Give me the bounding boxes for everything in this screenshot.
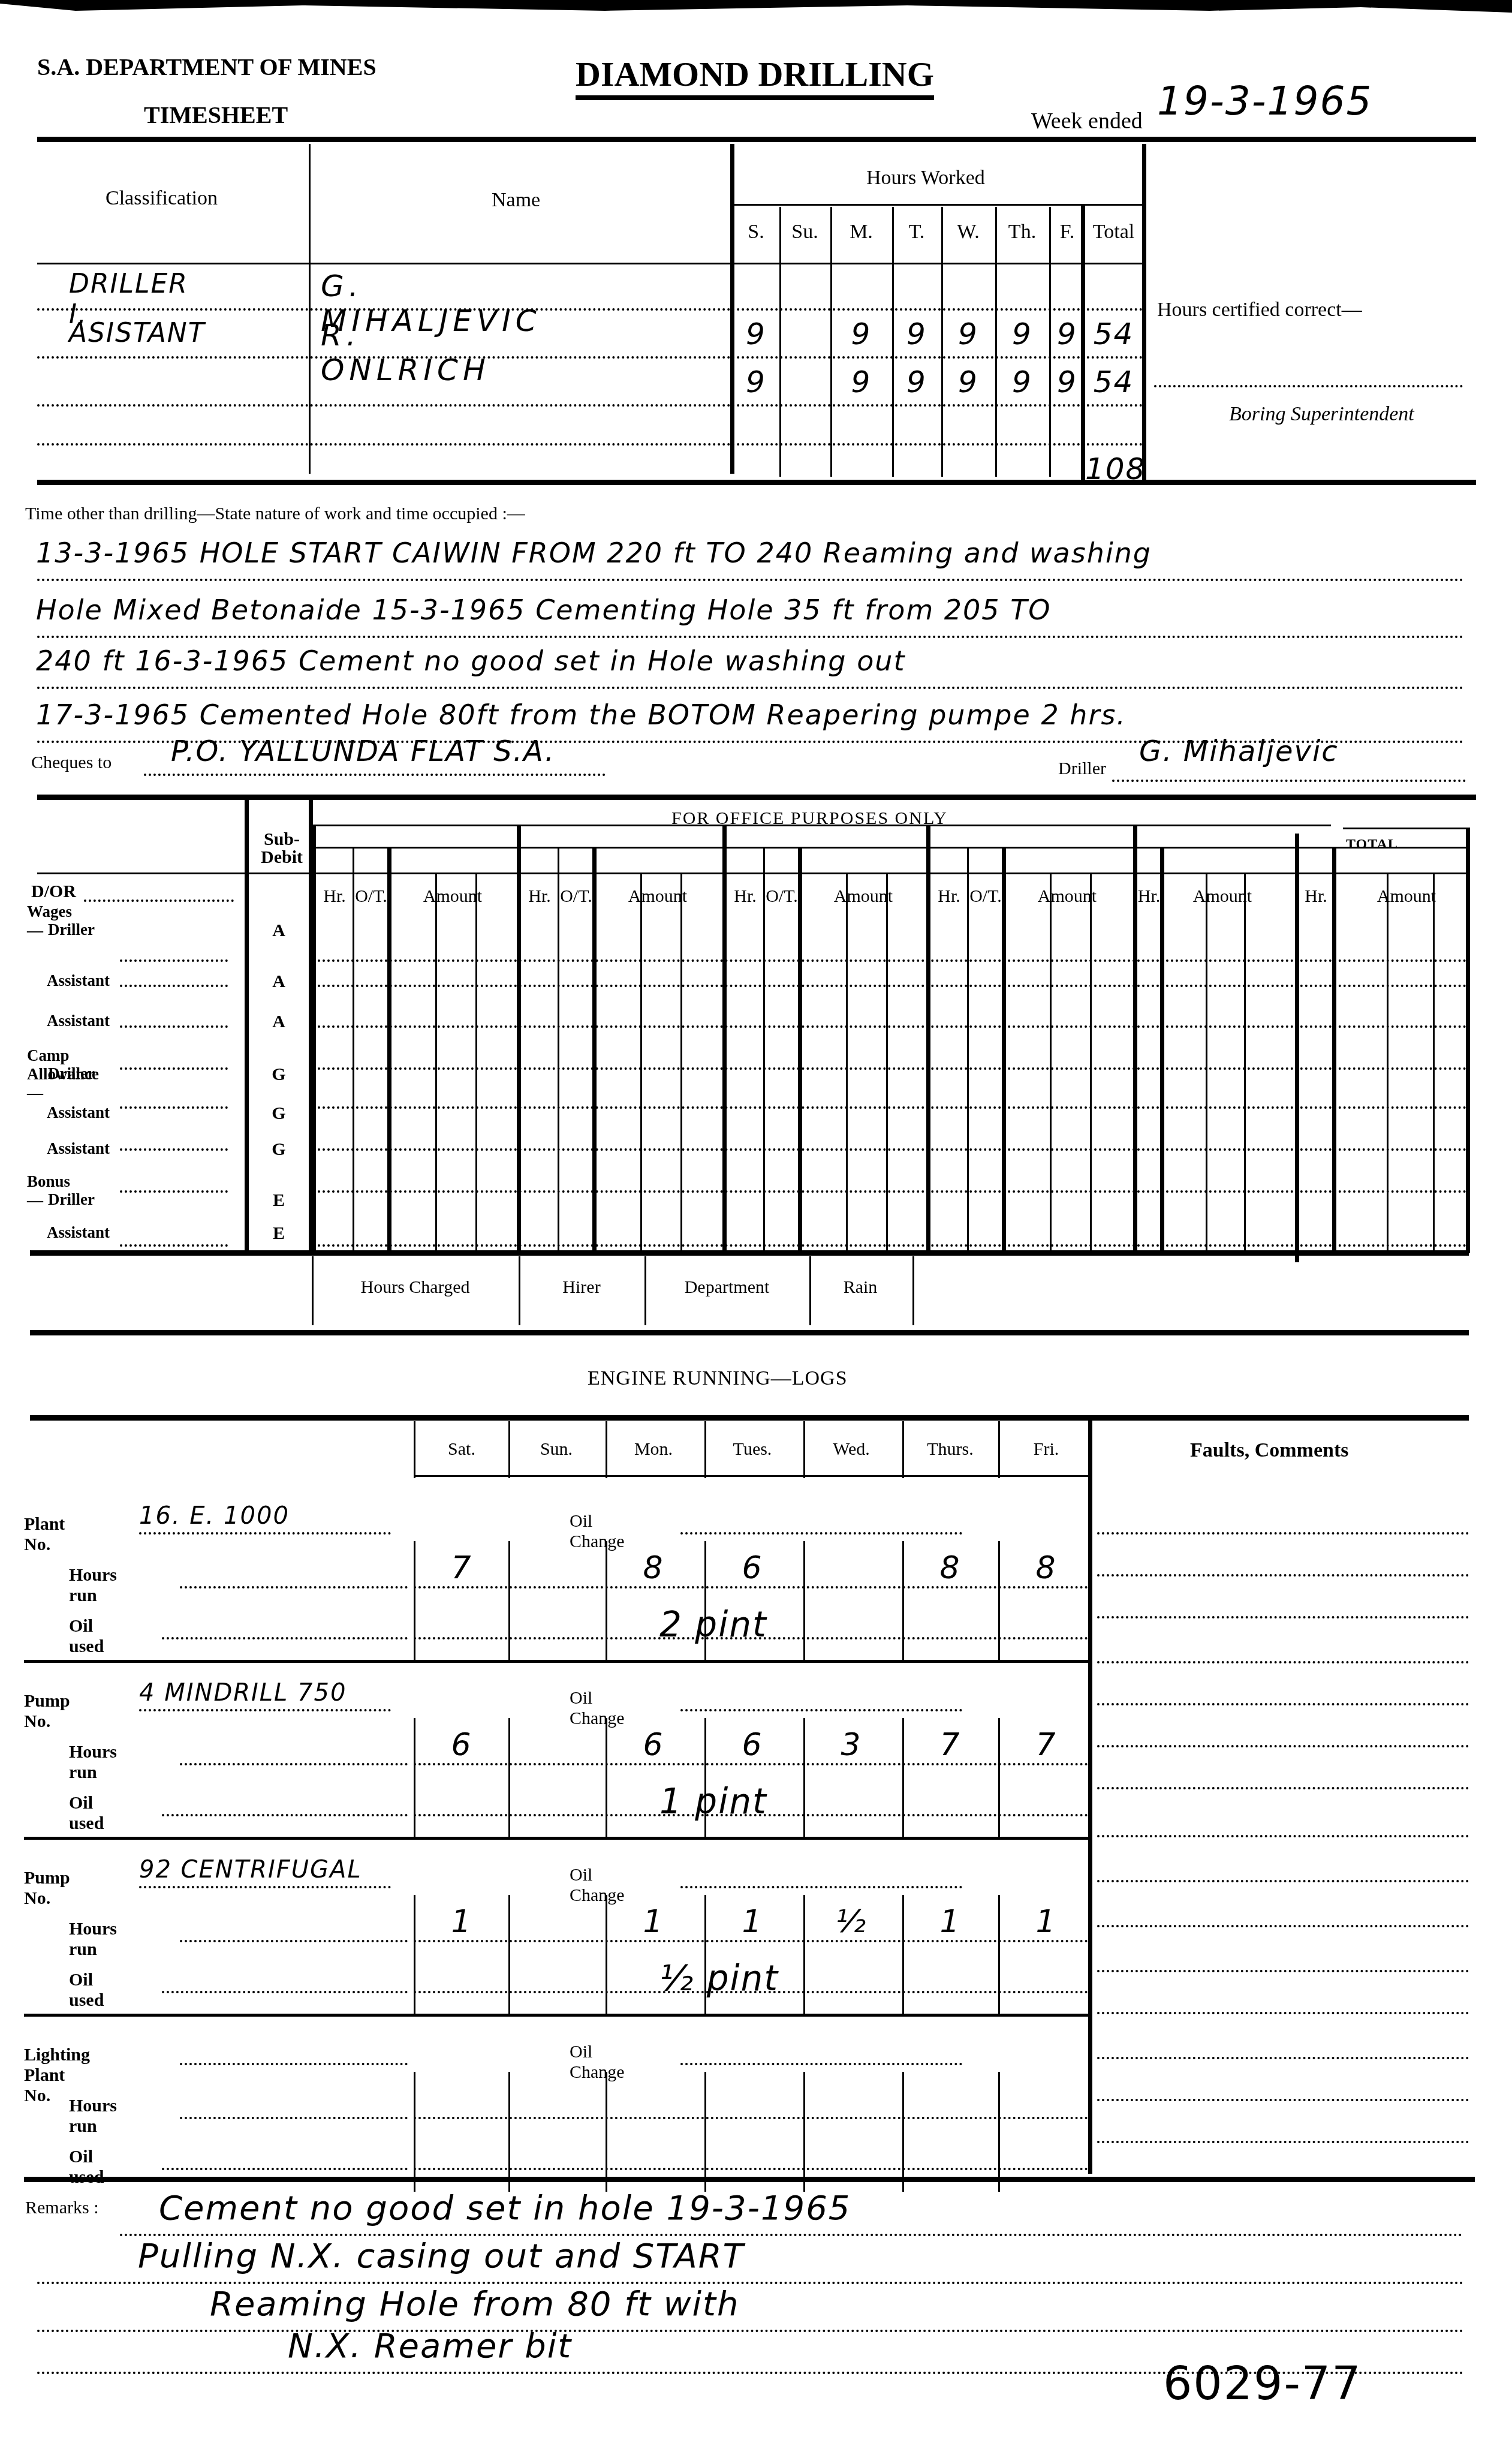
oil-change-label: Oil Change: [570, 1511, 625, 1552]
hours-cell[interactable]: 9: [1049, 317, 1085, 351]
hours-cell[interactable]: 9: [995, 317, 1049, 351]
office-row-role: Assistant: [47, 1139, 110, 1158]
hr-header: Hr.: [1297, 886, 1335, 907]
oil-change-label: Oil Change: [570, 1865, 625, 1906]
department-heading: S.A. DEPARTMENT OF MINES: [37, 53, 377, 81]
hr-header: Hr.: [314, 886, 355, 907]
amount-header: Amount: [595, 886, 721, 907]
divider: [37, 795, 1476, 800]
oil-used-label: Oil used: [69, 1793, 104, 1834]
hours-cell[interactable]: 9: [995, 365, 1049, 399]
hours-run-cell[interactable]: 7: [998, 1727, 1094, 1763]
hours-run-cell[interactable]: 1: [704, 1904, 800, 1940]
office-row-role: Driller: [48, 1064, 95, 1083]
day-header: T.: [892, 221, 941, 243]
hours-cell[interactable]: 54: [1085, 317, 1142, 351]
oil-change-label: Oil Change: [570, 1688, 625, 1729]
hours-worked-header: Hours Worked: [866, 167, 985, 189]
oil-used-label: Oil used: [69, 1970, 104, 2011]
hours-run-label: Hours run: [69, 1742, 117, 1783]
hours-run-cell[interactable]: 8: [998, 1550, 1094, 1586]
other-time-line[interactable]: 17-3-1965 Cemented Hole 80ft from the BO…: [36, 699, 1127, 731]
week-ended-label: Week ended: [1031, 108, 1143, 134]
day-header: Su.: [779, 221, 830, 243]
oil-change-label: Oil Change: [570, 2042, 625, 2083]
subdebit-code: G: [267, 1139, 291, 1160]
subdebit-code: A: [267, 971, 291, 992]
divider: [37, 137, 1476, 142]
hours-run-label: Hours run: [69, 2096, 117, 2137]
driller-label: Driller: [1058, 759, 1106, 779]
divider: [37, 480, 1476, 485]
hours-run-cell[interactable]: 7: [414, 1550, 510, 1586]
engine-day-header: Tues.: [704, 1439, 800, 1460]
hours-cell[interactable]: 9: [892, 317, 941, 351]
remarks-label: Remarks :: [25, 2198, 98, 2218]
oil-change-field[interactable]: [680, 1886, 962, 1888]
office-footer-label: Hirer: [519, 1277, 644, 1298]
oil-change-field[interactable]: [680, 1709, 962, 1711]
day-header: F.: [1049, 221, 1085, 243]
week-ended-value: 19-3-1965: [1157, 78, 1373, 124]
unit-label: Pump No.: [24, 1868, 70, 1909]
hours-run-cell[interactable]: 8: [606, 1550, 701, 1586]
office-footer-label: Department: [644, 1277, 809, 1298]
hours-run-cell[interactable]: 8: [902, 1550, 998, 1586]
hours-run-cell[interactable]: 1: [414, 1904, 510, 1940]
office-row-role: Driller: [48, 1190, 95, 1209]
remarks-line[interactable]: Reaming Hole from 80 ft with: [210, 2285, 740, 2324]
amount-header: Amount: [1162, 886, 1282, 907]
remarks-line[interactable]: N.X. Reamer bit: [288, 2327, 572, 2366]
subdebit-code: A: [267, 1012, 291, 1032]
ot-header: O/T.: [764, 886, 799, 907]
engine-day-header: Fri.: [998, 1439, 1094, 1460]
hours-cell[interactable]: 9: [830, 365, 892, 399]
subdebit-code: G: [267, 1064, 291, 1085]
hours-run-cell[interactable]: 6: [704, 1727, 800, 1763]
hr-header: Hr.: [929, 886, 969, 907]
name-header: Name: [492, 189, 540, 212]
oil-used-label: Oil used: [69, 1616, 104, 1657]
subdebit-code: E: [267, 1223, 291, 1244]
other-time-line[interactable]: Hole Mixed Betonaide 15-3-1965 Cementing…: [36, 594, 1052, 626]
superintendent-signature-line[interactable]: [1154, 385, 1463, 387]
classification-header: Classification: [106, 187, 218, 210]
hours-run-cell[interactable]: ½: [803, 1904, 899, 1940]
hours-run-cell[interactable]: 6: [414, 1727, 510, 1763]
day-header: Total: [1085, 221, 1142, 243]
oil-used-value[interactable]: 1 pint: [659, 1781, 767, 1822]
hours-cell[interactable]: 54: [1085, 365, 1142, 399]
hours-run-cell[interactable]: 1: [606, 1904, 701, 1940]
engine-title: ENGINE RUNNING—LOGS: [588, 1367, 848, 1390]
boring-superintendent-label: Boring Superintendent: [1229, 403, 1414, 426]
day-header: Th.: [995, 221, 1049, 243]
page-title: DIAMOND DRILLING: [576, 54, 934, 100]
hours-cell[interactable]: 9: [941, 365, 995, 399]
unit-number[interactable]: 4 MINDRILL 750: [139, 1679, 347, 1707]
total-label: TOTAL: [1346, 837, 1398, 853]
office-row-role: Assistant: [47, 1103, 110, 1122]
other-time-line[interactable]: 240 ft 16-3-1965 Cement no good set in H…: [36, 645, 905, 677]
amount-header: Amount: [1004, 886, 1130, 907]
other-time-line[interactable]: 13-3-1965 HOLE START CAIWIN FROM 220 ft …: [36, 537, 1152, 569]
subdebit-code: E: [267, 1190, 291, 1211]
office-row-role: Driller: [48, 920, 95, 939]
hr-header: Hr.: [1135, 886, 1162, 907]
faults-comments-label: Faults, Comments: [1190, 1439, 1348, 1462]
hours-run-cell[interactable]: 1: [902, 1904, 998, 1940]
amount-header: Amount: [390, 886, 516, 907]
cheques-to-label: Cheques to: [31, 753, 112, 773]
divider: [30, 1330, 1469, 1335]
subdebit-code: A: [267, 920, 291, 941]
engine-day-header: Sat.: [414, 1439, 510, 1460]
classification-cell[interactable]: ASISTANT: [69, 318, 206, 348]
hr-header: Hr.: [519, 886, 560, 907]
amount-header: Amount: [1335, 886, 1478, 907]
office-footer-label: Rain: [809, 1277, 911, 1298]
oil-change-field[interactable]: [680, 2063, 962, 2065]
divider: [24, 2177, 1475, 2182]
hours-cell[interactable]: 9: [830, 317, 892, 351]
oil-change-field[interactable]: [680, 1532, 962, 1535]
remarks-line[interactable]: Pulling N.X. casing out and START: [138, 2237, 745, 2276]
other-time-label: Time other than drilling—State nature of…: [25, 504, 525, 524]
engine-day-header: Sun.: [508, 1439, 604, 1460]
hr-header: Hr.: [725, 886, 766, 907]
oil-used-value[interactable]: 2 pint: [659, 1604, 767, 1645]
hours-run-label: Hours run: [69, 1565, 117, 1606]
subdebit-code: G: [267, 1103, 291, 1124]
unit-label: Plant No.: [24, 1514, 65, 1555]
hours-cell[interactable]: 9: [733, 317, 779, 351]
day-header: S.: [733, 221, 779, 243]
hours-cell[interactable]: 9: [1049, 365, 1085, 399]
ot-header: O/T.: [354, 886, 388, 907]
form-type: TIMESHEET: [144, 101, 288, 129]
hours-run-label: Hours run: [69, 1919, 117, 1960]
name-cell[interactable]: R. ONLRICH: [321, 318, 490, 387]
subdebit-label: Sub-Debit: [252, 831, 312, 867]
unit-number[interactable]: 16. E. 1000: [139, 1502, 290, 1530]
unit-label: Pump No.: [24, 1691, 70, 1732]
amount-header: Amount: [800, 886, 926, 907]
document-number: 6029-77: [1163, 2357, 1362, 2410]
hours-run-cell[interactable]: 7: [902, 1727, 998, 1763]
office-footer-label: Hours Charged: [312, 1277, 519, 1298]
torn-top-edge: [0, 0, 1512, 18]
engine-day-header: Wed.: [803, 1439, 899, 1460]
dor-label: D/OR: [31, 881, 76, 902]
office-row-role: Assistant: [47, 1012, 110, 1030]
office-row-role: Assistant: [47, 971, 110, 990]
hours-run-cell[interactable]: 3: [803, 1727, 899, 1763]
day-header: M.: [830, 221, 892, 243]
cheques-to-value: P.O. YALLUNDA FLAT S.A.: [171, 735, 555, 768]
hours-certified-label: Hours certified correct—: [1157, 299, 1362, 321]
hours-cell[interactable]: 9: [892, 365, 941, 399]
engine-day-header: Thurs.: [902, 1439, 998, 1460]
hours-run-cell[interactable]: 1: [998, 1904, 1094, 1940]
hours-cell[interactable]: 9: [941, 317, 995, 351]
unit-number[interactable]: 92 CENTRIFUGAL: [139, 1856, 362, 1884]
day-header: W.: [941, 221, 995, 243]
remarks-line[interactable]: Cement no good set in hole 19-3-1965: [159, 2189, 851, 2228]
hours-cell[interactable]: 9: [733, 365, 779, 399]
oil-used-value[interactable]: ½ pint: [659, 1958, 779, 1999]
engine-day-header: Mon.: [606, 1439, 701, 1460]
hours-run-cell[interactable]: 6: [606, 1727, 701, 1763]
ot-header: O/T.: [968, 886, 1003, 907]
driller-signature: G. Mihaljevic: [1139, 735, 1339, 768]
ot-header: O/T.: [559, 886, 594, 907]
hours-run-cell[interactable]: 6: [704, 1550, 800, 1586]
office-row-role: Assistant: [47, 1223, 110, 1242]
